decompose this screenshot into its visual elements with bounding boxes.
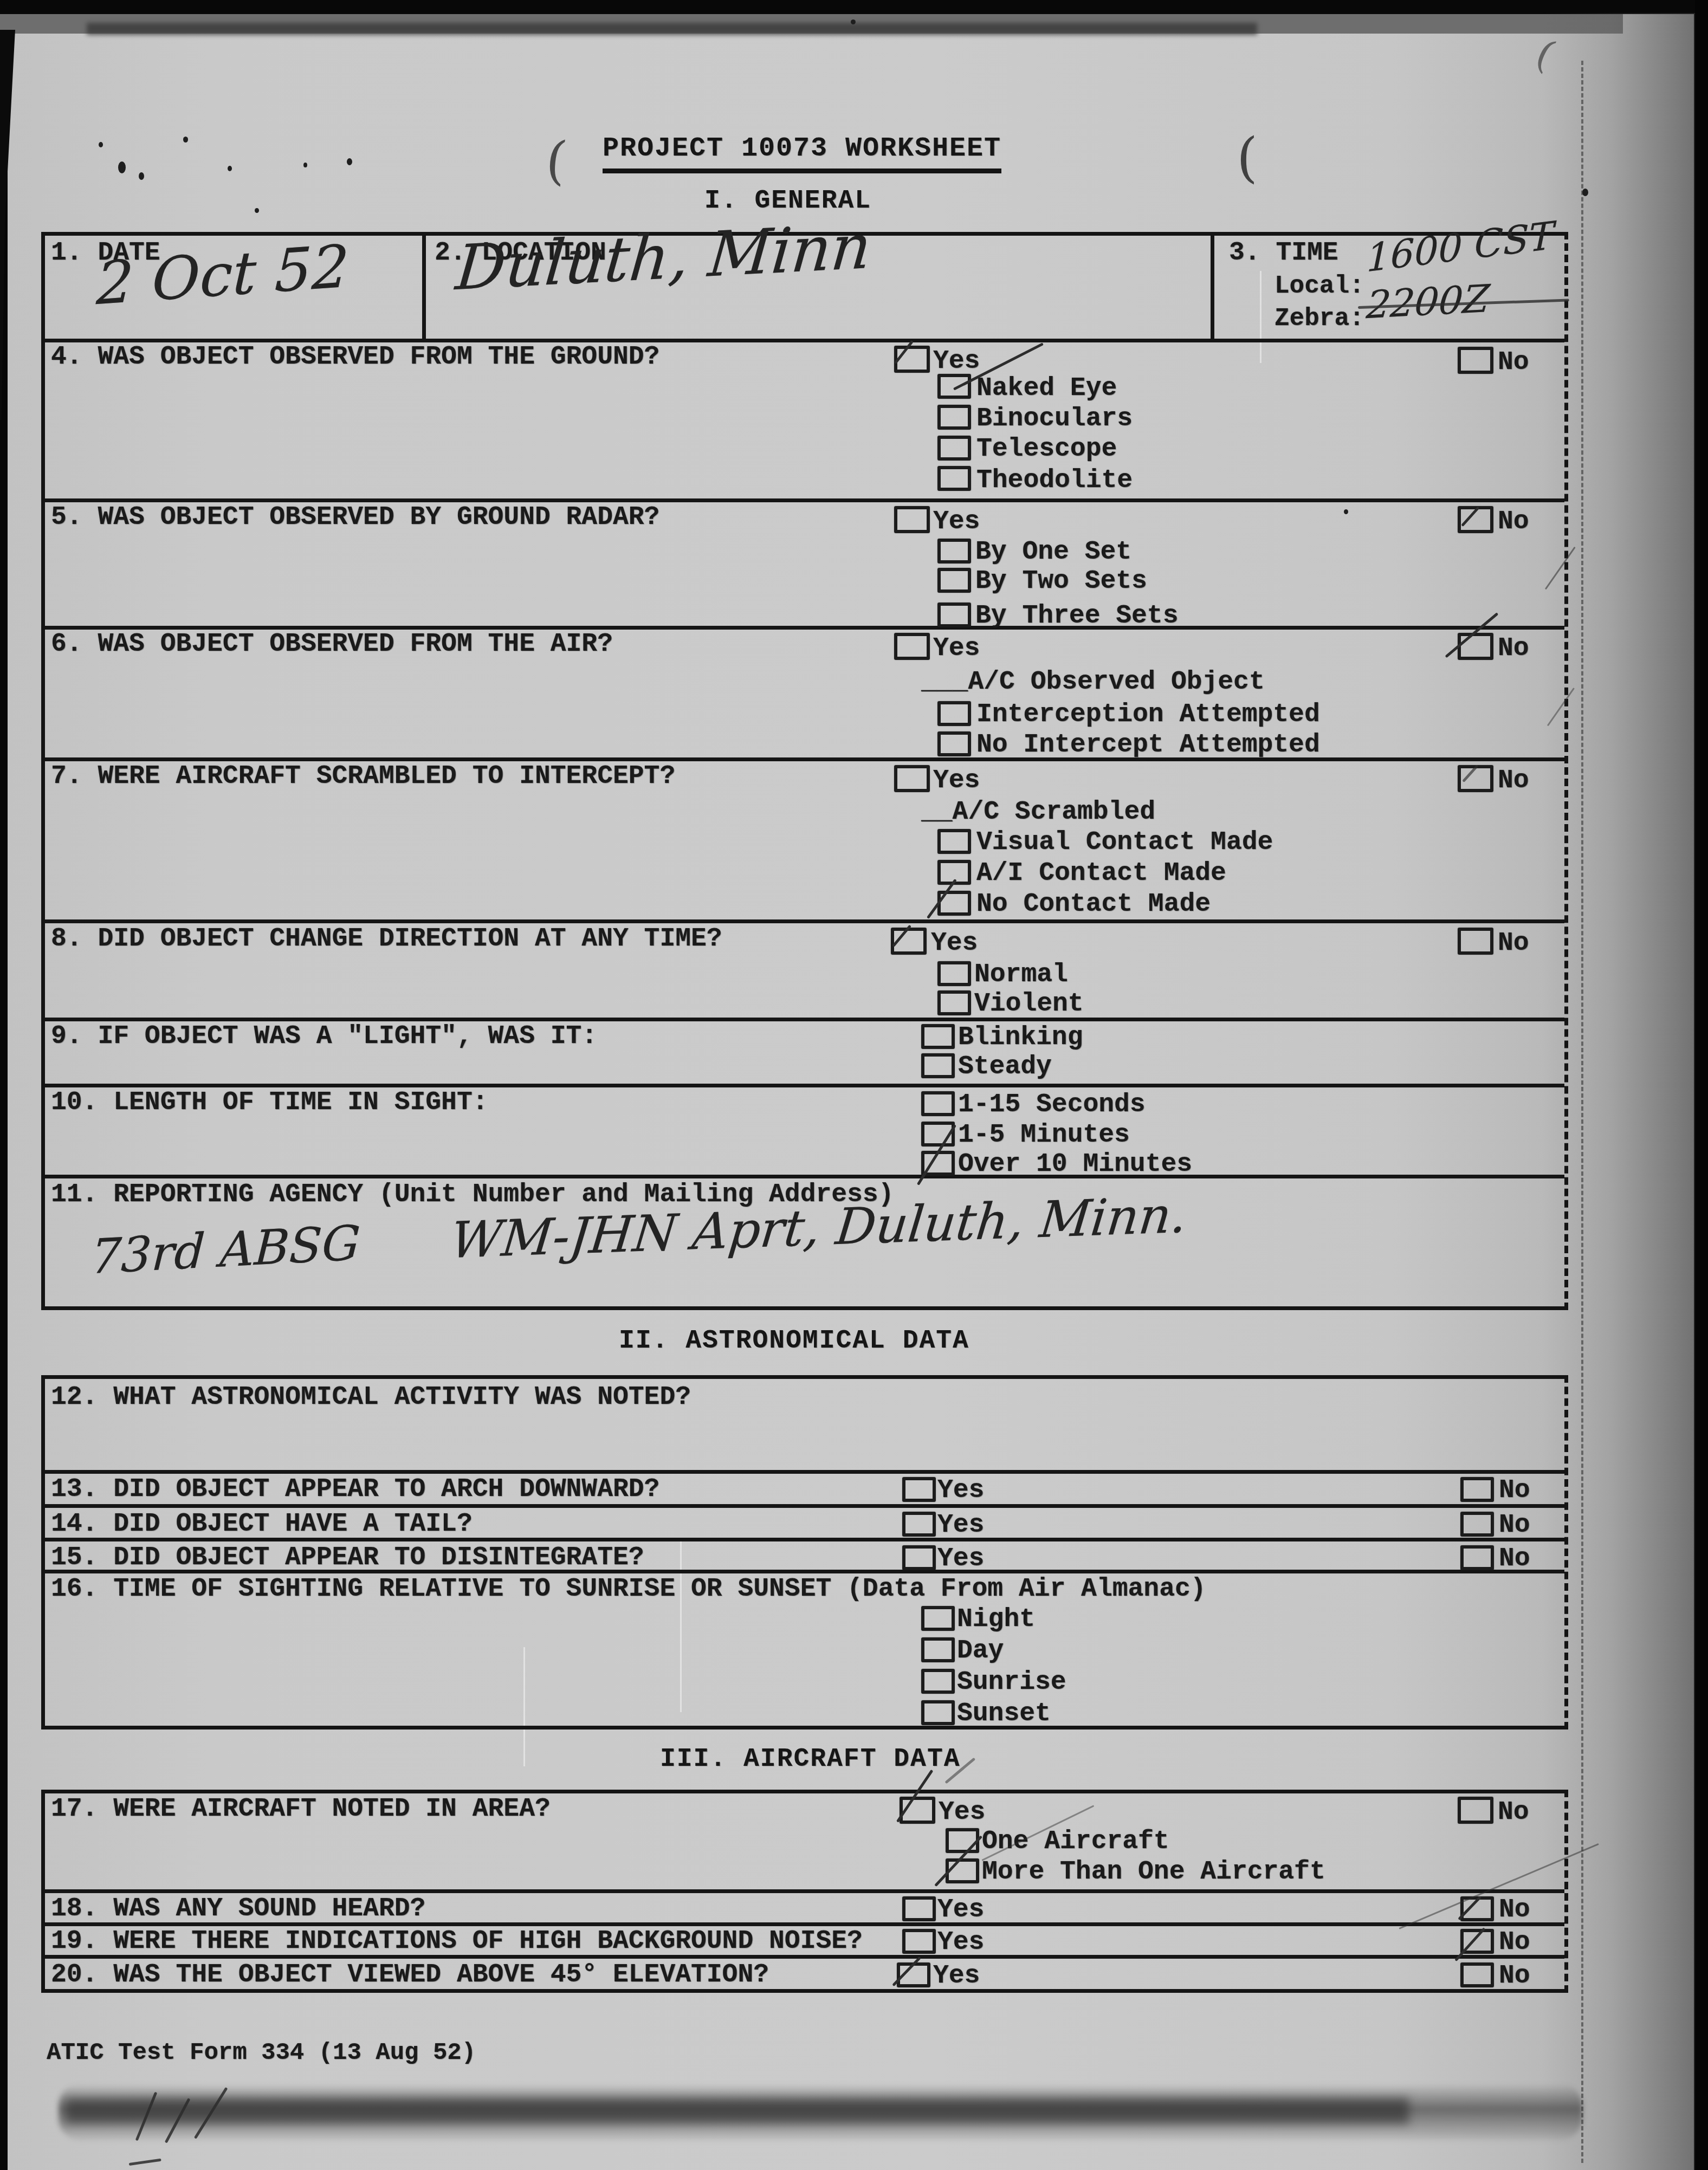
q20-yes-label: Yes bbox=[933, 1961, 980, 1991]
q15-no-label: No bbox=[1499, 1544, 1530, 1573]
q4-option-label: Telescope bbox=[976, 435, 1117, 464]
q9-option-steady-checkbox bbox=[921, 1053, 955, 1078]
q4-yes-label: Yes bbox=[933, 347, 980, 376]
q7-option-label: A/I Contact Made bbox=[976, 859, 1226, 888]
q19-yes-checkbox bbox=[902, 1929, 936, 1954]
q10-option-label: Over 10 Minutes bbox=[958, 1150, 1192, 1179]
q14-yes-label: Yes bbox=[937, 1511, 984, 1540]
q4-option-theodolite-checkbox bbox=[937, 466, 971, 491]
q5-no-label: No bbox=[1498, 507, 1529, 536]
q17-no-checkbox bbox=[1458, 1797, 1493, 1824]
ink-speck bbox=[183, 137, 188, 142]
ink-speck bbox=[139, 172, 144, 180]
ink-speck bbox=[255, 208, 259, 213]
question-14-label: 14. DID OBJECT HAVE A TAIL? bbox=[51, 1510, 473, 1539]
q6-no-label: No bbox=[1498, 634, 1529, 663]
question-18-label: 18. WAS ANY SOUND HEARD? bbox=[51, 1894, 425, 1923]
ink-speck bbox=[851, 20, 856, 24]
q5-yes-checkbox bbox=[894, 506, 930, 533]
q7-yes-label: Yes bbox=[933, 766, 980, 795]
q13-yes-checkbox bbox=[902, 1477, 936, 1502]
q4-option-label: Theodolite bbox=[976, 466, 1133, 495]
scanned-worksheet-page: ( ( ( PROJECT 10073 WORKSHEET I. GENERAL… bbox=[0, 0, 1708, 2170]
q20-no-label: No bbox=[1499, 1961, 1530, 1991]
q8-yes-label: Yes bbox=[931, 929, 978, 958]
crease-line bbox=[1581, 61, 1583, 2163]
time-local-label: Local: bbox=[1274, 272, 1364, 300]
bottom-smear-core bbox=[65, 2098, 1409, 2124]
q17-option-label: More Than One Aircraft bbox=[982, 1857, 1325, 1887]
q16-option-night-checkbox bbox=[921, 1606, 955, 1631]
q9-option-label: Steady bbox=[958, 1052, 1052, 1081]
question-17-label: 17. WERE AIRCRAFT NOTED IN AREA? bbox=[51, 1795, 551, 1824]
q18-yes-label: Yes bbox=[937, 1895, 984, 1925]
scan-edge-top bbox=[0, 0, 1708, 14]
q5-option-label: By Two Sets bbox=[975, 567, 1147, 596]
q8-no-label: No bbox=[1498, 929, 1529, 958]
q5-option-one-set-checkbox bbox=[937, 539, 971, 563]
question-5-label: 5. WAS OBJECT OBSERVED BY GROUND RADAR? bbox=[51, 503, 659, 532]
q16-option-label: Day bbox=[957, 1636, 1004, 1666]
q17-no-label: No bbox=[1498, 1798, 1529, 1827]
q16-option-label: Sunrise bbox=[957, 1668, 1066, 1697]
q10-option-label: 1-5 Minutes bbox=[958, 1120, 1130, 1150]
ink-speck bbox=[303, 163, 307, 167]
q15-yes-checkbox bbox=[902, 1545, 936, 1570]
q8-option-normal-checkbox bbox=[937, 961, 971, 986]
q16-option-label: Sunset bbox=[957, 1699, 1051, 1728]
scan-edge-right bbox=[1695, 0, 1708, 2170]
q14-yes-checkbox bbox=[902, 1512, 936, 1537]
q20-no-checkbox bbox=[1460, 1962, 1494, 1987]
q7-option-label: Visual Contact Made bbox=[976, 828, 1273, 857]
q4-option-label: Binoculars bbox=[976, 404, 1133, 433]
stray-paren-mark: ( bbox=[1237, 126, 1258, 189]
q6-option-no-intercept-checkbox bbox=[937, 731, 971, 756]
q10-option-1-15-seconds-checkbox bbox=[921, 1091, 955, 1116]
question-6-label: 6. WAS OBJECT OBSERVED FROM THE AIR? bbox=[51, 630, 613, 659]
q4-option-telescope-checkbox bbox=[937, 436, 971, 461]
scan-edge-top-streak bbox=[87, 23, 1257, 35]
question-10-label: 10. LENGTH OF TIME IN SIGHT: bbox=[51, 1088, 488, 1117]
question-12-label: 12. WHAT ASTRONOMICAL ACTIVITY WAS NOTED… bbox=[51, 1383, 691, 1412]
q6-option-label: No Intercept Attempted bbox=[976, 730, 1320, 760]
question-8-label: 8. DID OBJECT CHANGE DIRECTION AT ANY TI… bbox=[51, 924, 722, 954]
q4-option-binoculars-checkbox bbox=[937, 405, 971, 430]
q19-no-label: No bbox=[1499, 1928, 1530, 1957]
q6-option-label: ___A/C Observed Object bbox=[921, 668, 1265, 697]
q7-yes-checkbox bbox=[894, 765, 930, 792]
q17-yes-label: Yes bbox=[939, 1798, 985, 1827]
q17-option-one-aircraft-checkbox bbox=[946, 1828, 979, 1853]
q14-no-label: No bbox=[1499, 1511, 1530, 1540]
q5-option-label: By One Set bbox=[975, 537, 1131, 567]
ink-speck bbox=[99, 142, 103, 147]
question-13-label: 13. DID OBJECT APPEAR TO ARCH DOWNWARD? bbox=[51, 1475, 659, 1504]
q5-yes-label: Yes bbox=[933, 507, 980, 536]
q4-option-naked-eye-checkbox bbox=[937, 374, 971, 399]
q6-option-label: Interception Attempted bbox=[976, 700, 1320, 729]
section-3-heading: III. AIRCRAFT DATA bbox=[660, 1745, 960, 1774]
page-title: PROJECT 10073 WORKSHEET bbox=[603, 133, 1001, 173]
q15-no-checkbox bbox=[1460, 1545, 1494, 1570]
q13-no-label: No bbox=[1499, 1476, 1530, 1505]
q5-option-three-sets-checkbox bbox=[937, 603, 971, 627]
q5-option-label: By Three Sets bbox=[975, 601, 1178, 631]
q4-no-label: No bbox=[1498, 348, 1529, 377]
q8-no-checkbox bbox=[1458, 928, 1493, 955]
q18-yes-checkbox bbox=[902, 1896, 936, 1921]
section-2-heading: II. ASTRONOMICAL DATA bbox=[619, 1326, 969, 1356]
q14-no-checkbox bbox=[1460, 1512, 1494, 1537]
q8-option-label: Violent bbox=[974, 989, 1084, 1019]
q9-option-label: Blinking bbox=[958, 1023, 1083, 1052]
q7-option-label: __A/C Scrambled bbox=[921, 798, 1155, 827]
time-zebra-label: Zebra: bbox=[1274, 305, 1364, 333]
q8-option-label: Normal bbox=[974, 960, 1068, 989]
question-9-label: 9. IF OBJECT WAS A "LIGHT", WAS IT: bbox=[51, 1022, 597, 1051]
q4-no-checkbox bbox=[1458, 347, 1493, 374]
q9-option-blinking-checkbox bbox=[921, 1024, 955, 1049]
q7-option-visual-contact-checkbox bbox=[937, 829, 971, 854]
q17-option-label: One Aircraft bbox=[982, 1827, 1169, 1856]
q13-yes-label: Yes bbox=[937, 1476, 984, 1505]
q4-option-label: Naked Eye bbox=[976, 374, 1117, 403]
q6-yes-label: Yes bbox=[933, 634, 980, 663]
q18-no-label: No bbox=[1499, 1895, 1530, 1925]
question-16-label: 16. TIME OF SIGHTING RELATIVE TO SUNRISE… bbox=[51, 1575, 1206, 1604]
q16-option-label: Night bbox=[957, 1605, 1035, 1634]
ink-speck bbox=[1582, 189, 1588, 196]
form-number-footer: ATIC Test Form 334 (13 Aug 52) bbox=[47, 2039, 476, 2067]
q6-no-checkbox bbox=[1458, 633, 1493, 660]
q5-option-two-sets-checkbox bbox=[937, 568, 971, 593]
q6-option-interception-checkbox bbox=[937, 701, 971, 726]
q7-option-label: No Contact Made bbox=[976, 890, 1211, 919]
q16-option-sunset-checkbox bbox=[921, 1700, 955, 1725]
ink-speck bbox=[228, 166, 232, 171]
q15-yes-label: Yes bbox=[937, 1544, 984, 1573]
ink-speck bbox=[347, 158, 352, 165]
q10-option-label: 1-15 Seconds bbox=[958, 1090, 1146, 1119]
q7-no-label: No bbox=[1498, 766, 1529, 795]
q16-option-sunrise-checkbox bbox=[921, 1669, 955, 1694]
q6-yes-checkbox bbox=[894, 633, 930, 660]
q8-option-violent-checkbox bbox=[937, 990, 971, 1015]
question-4-label: 4. WAS OBJECT OBSERVED FROM THE GROUND? bbox=[51, 342, 659, 372]
question-20-label: 20. WAS THE OBJECT VIEWED ABOVE 45° ELEV… bbox=[51, 1960, 769, 1990]
q19-yes-label: Yes bbox=[937, 1928, 984, 1957]
question-19-label: 19. WERE THERE INDICATIONS OF HIGH BACKG… bbox=[51, 1927, 863, 1956]
q16-option-day-checkbox bbox=[921, 1637, 955, 1662]
question-7-label: 7. WERE AIRCRAFT SCRAMBLED TO INTERCEPT? bbox=[51, 762, 675, 791]
q13-no-checkbox bbox=[1460, 1477, 1494, 1502]
time-field-label: 3. TIME bbox=[1229, 238, 1338, 268]
question-15-label: 15. DID OBJECT APPEAR TO DISINTEGRATE? bbox=[51, 1543, 644, 1572]
ink-speck bbox=[118, 161, 126, 173]
